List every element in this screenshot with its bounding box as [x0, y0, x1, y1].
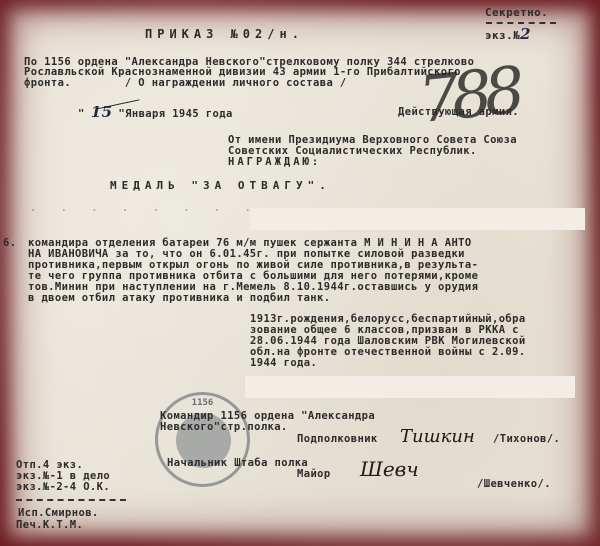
footer-copy-2-4: экз.№-2-4 О.К. [16, 482, 110, 493]
redacted-area-2 [245, 376, 575, 398]
commander-title-line-2: Невского"стр.полка. [160, 422, 288, 433]
date-line: "15"Января 1945 года [78, 107, 233, 120]
redacted-area-1 [250, 208, 585, 230]
footer-executor: Исп.Смирнов. [18, 508, 99, 519]
commander-rank: Подполковник [297, 434, 378, 445]
bio-line-5: 1944 года. [250, 358, 317, 369]
medal-title: МЕДАЛЬ "ЗА ОТВАГУ". [110, 180, 331, 191]
date-quote: " [78, 108, 85, 120]
copy-number-prefix: экз.№ [485, 29, 520, 42]
regiment-stamp: 1156 [155, 392, 250, 487]
stamp-number: 1156 [158, 398, 247, 408]
award-entry-number: 6. [3, 238, 16, 249]
date-rest: "Января 1945 года [118, 108, 232, 120]
chief-of-staff-rank: Майор [297, 469, 331, 480]
intro-line-3: фронта. / О награждении личного состава … [24, 78, 347, 89]
classification-label: Секретно. [485, 7, 548, 18]
award-text-line-6: в двоем отбил атаку противника и подбил … [28, 293, 330, 304]
commander-name: /Тихонов/. [493, 434, 560, 445]
commander-signature: Тишкин [400, 426, 475, 447]
footer-typist: Печ.К.Т.М. [16, 520, 83, 531]
chief-of-staff-signature: Шевч [360, 457, 419, 481]
copy-number-label: экз.№2 [485, 29, 531, 41]
classification-underline [486, 22, 556, 24]
document-title: ПРИКАЗ №02/н. [145, 29, 304, 40]
document-frame: Секретно. экз.№2 ПРИКАЗ №02/н. По 1156 о… [0, 0, 600, 546]
chief-of-staff-title: Начальник Штаба полка [167, 458, 308, 469]
decree-award-verb: НАГРАЖДАЮ: [228, 157, 321, 168]
footer-divider [16, 499, 126, 501]
copy-number-value: 2 [520, 25, 531, 43]
chief-of-staff-name: /Шевченко/. [477, 479, 551, 490]
location-label: Действующая армия. [398, 107, 519, 118]
